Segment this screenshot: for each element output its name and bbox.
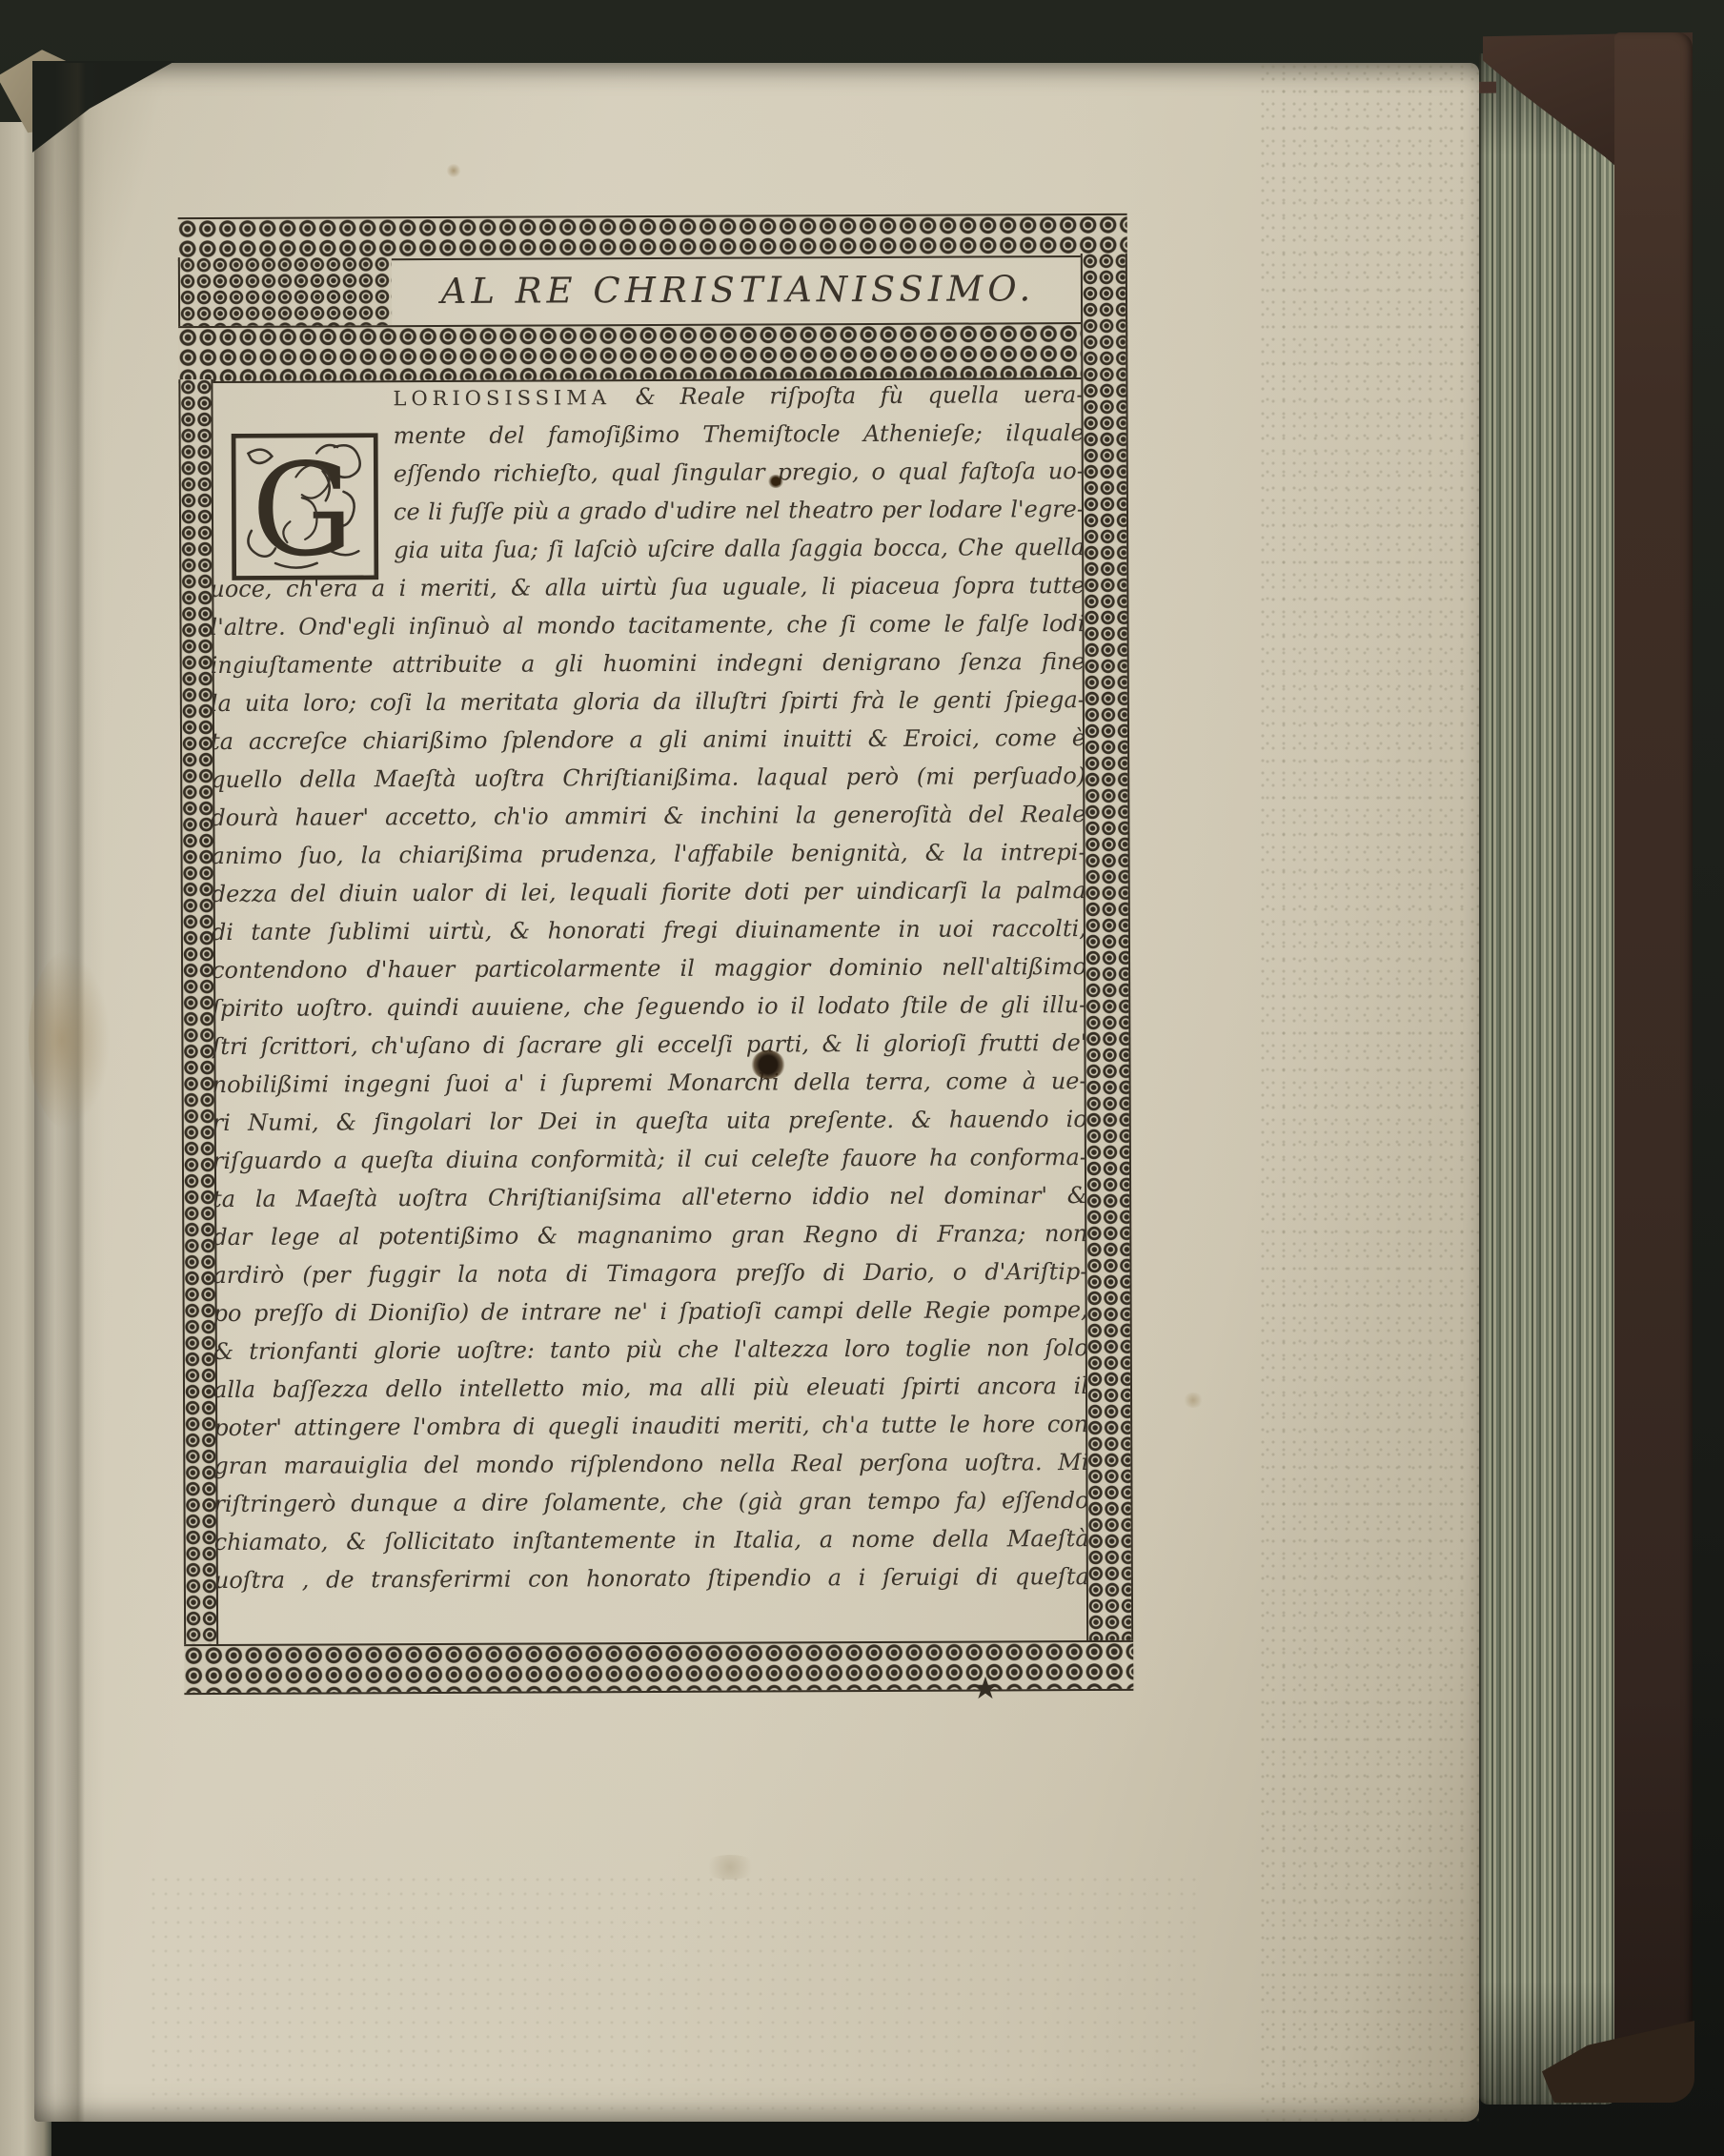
- paper-mottling-bottom: [149, 1874, 1197, 2122]
- text-line: ſtri ſcrittori, ch'uſano di ſacrare gli …: [212, 1024, 1086, 1066]
- text-line: ta la Maeſtà uoſtra Chriſtianiſsima all'…: [213, 1176, 1087, 1218]
- initial-letter: G: [251, 435, 354, 581]
- paper-mottling-right: [1260, 63, 1479, 2122]
- woodcut-initial-G: G: [231, 432, 380, 581]
- text-line: animo ſuo, la chiarißima prudenza, l'aff…: [211, 833, 1085, 875]
- text-line: ſpirito uoſtro. quindi auuiene, che ſegu…: [212, 986, 1086, 1027]
- text-line: uoce, ch'era a i meriti, & alla uirtù ſu…: [210, 566, 1085, 608]
- text-line: quello della Maeſtà uoſtra Chriſtianißim…: [211, 757, 1085, 799]
- text-line: dar lege al potentißimo & magnanimo gran…: [213, 1214, 1087, 1256]
- foxing-spot: [1183, 1393, 1204, 1408]
- book-fore-edge-pages: [1479, 53, 1622, 2105]
- text-line: chiamato, & ſollicitato inſtantemente in…: [214, 1519, 1089, 1561]
- foxing-spot: [446, 164, 461, 177]
- text-line: riſguardo a queſta diuina conformità; il…: [213, 1138, 1087, 1180]
- foxing-spot: [701, 1855, 759, 1880]
- opening-capitals: LORIOSISSIMA: [393, 386, 611, 410]
- headpiece-title-area: AL RE CHRISTIANISSIMO.: [392, 254, 1085, 325]
- text-line: LORIOSISSIMA & Reale riſpoſta fù quella …: [393, 376, 1084, 417]
- page-title: AL RE CHRISTIANISSIMO.: [441, 268, 1036, 312]
- text-line: ri Numi, & ſingolari lor Dei in queſta u…: [213, 1100, 1087, 1142]
- text-line: mente del famoſißimo Themiſtocle Athenie…: [394, 414, 1085, 455]
- text-line: ce li fuſſe più a grado d'udire nel thea…: [394, 490, 1085, 531]
- text-line: uoſtra , de transferirmi con honorato ſt…: [214, 1557, 1089, 1599]
- text-line: ardirò (per fuggir la nota di Timagora p…: [213, 1252, 1087, 1294]
- text-line: & trionfanti glorie uoſtre: tanto più ch…: [213, 1329, 1088, 1371]
- signature-mark-star: ★: [957, 1670, 1014, 1706]
- text-line: alla baſſezza dello intelletto mio, ma a…: [213, 1367, 1088, 1409]
- leather-cover-edge: [1614, 32, 1693, 2097]
- ornament-band-below-title: [178, 322, 1127, 383]
- text-line-rest: & Reale riſpoſta fù quella uera-: [611, 381, 1085, 410]
- ink-blot-large: [751, 1050, 785, 1079]
- text-line: dourà hauer' accetto, ch'io ammiri & inc…: [211, 795, 1085, 837]
- text-line: contendono d'hauer particolarmente il ma…: [212, 947, 1086, 989]
- text-line: poter' attingere l'ombra di quegli inaud…: [213, 1405, 1088, 1447]
- ornamental-fleuron-frame: AL RE CHRISTIANISSIMO.: [178, 214, 1134, 1691]
- text-line: po preſſo di Dioniſio) de intrare ne' i …: [213, 1291, 1088, 1332]
- text-line: riſtringerò dunque a dire ſolamente, che…: [213, 1481, 1088, 1523]
- photograph-of-open-book: AL RE CHRISTIANISSIMO.: [0, 0, 1724, 2156]
- ink-blot-small: [768, 475, 783, 488]
- text-line: gran marauiglia del mondo riſplendono ne…: [213, 1443, 1088, 1485]
- text-line: l'altre. Ond'egli inſinuò al mondo tacit…: [210, 604, 1085, 646]
- text-line: nobilißimi ingegni ſuoi a' i ſupremi Mon…: [213, 1062, 1087, 1104]
- text-line: dezza del diuin ualor di lei, lequali fi…: [212, 871, 1086, 913]
- text-line: di tante ſublimi uirtù, & honorati fregi…: [212, 909, 1086, 951]
- text-line: ingiuſtamente attribuite a gli huomini i…: [211, 642, 1085, 684]
- text-line: gia uita ſua; ſi laſciò uſcire dalla ſag…: [394, 528, 1085, 569]
- text-line: ta accreſce chiarißimo ſplendore a gli a…: [211, 719, 1085, 761]
- gutter-stain: [29, 949, 111, 1130]
- book-page: AL RE CHRISTIANISSIMO.: [34, 63, 1479, 2122]
- text-line: eſſendo richieſto, qual ſingular pregio,…: [394, 452, 1085, 493]
- dedication-text-block: G LORIOSISSIMA & Reale riſpoſta fù quell…: [209, 376, 1089, 1644]
- text-line: la uita loro; coſi la meritata gloria da…: [211, 681, 1085, 722]
- ornament-block-left-of-title: [178, 256, 392, 326]
